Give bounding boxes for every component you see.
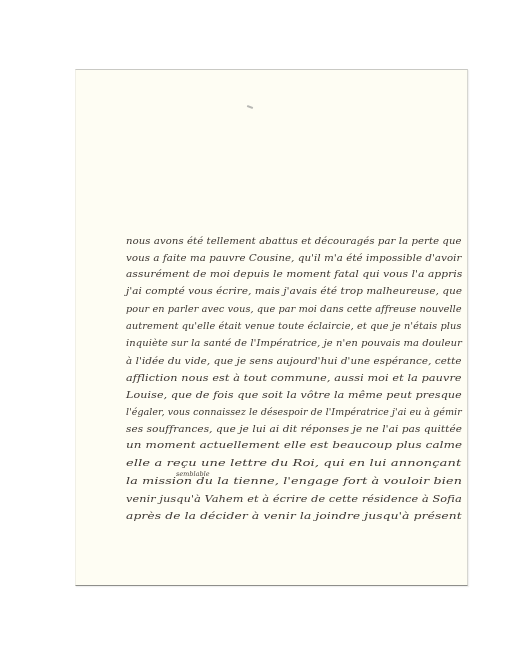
- text-line: nous avons été tellement abattus et déco…: [126, 236, 462, 247]
- text-line: l'égaler, vous connaissez le désespoir d…: [126, 407, 462, 418]
- text-line: pour en parler avec vous, que par moi da…: [126, 304, 462, 315]
- ink-mark: [247, 105, 253, 109]
- text-line: Louise, que de fois que soit la vôtre la…: [126, 390, 462, 401]
- text-line: un moment actuellement elle est beaucoup…: [126, 440, 462, 451]
- text-line: à l'idée du vide, que je sens aujourd'hu…: [126, 356, 462, 367]
- text-line: inquiète sur la santé de l'Impératrice, …: [126, 338, 462, 349]
- letter-page: nous avons été tellement abattus et déco…: [75, 69, 468, 586]
- scan-background: nous avons été tellement abattus et déco…: [0, 0, 530, 662]
- text-line: vous a faite ma pauvre Cousine, qu'il m'…: [126, 253, 462, 264]
- text-line: elle a reçu une lettre du Roi, qui en lu…: [126, 458, 461, 469]
- text-line: la mission du la tienne, l'engage fort à…: [126, 476, 462, 487]
- text-line: j'ai compté vous écrire, mais j'avais ét…: [126, 286, 462, 297]
- text-line: autrement qu'elle était venue toute écla…: [126, 321, 462, 332]
- text-line: affliction nous est à tout commune, auss…: [126, 373, 462, 384]
- text-line: venir jusqu'à Vahem et à écrire de cette…: [126, 494, 462, 505]
- text-line: assurément de moi depuis le moment fatal…: [126, 269, 462, 280]
- text-line: ses souffrances, que je lui ai dit répon…: [126, 424, 462, 435]
- text-line: après de la décider à venir la joindre j…: [126, 511, 462, 522]
